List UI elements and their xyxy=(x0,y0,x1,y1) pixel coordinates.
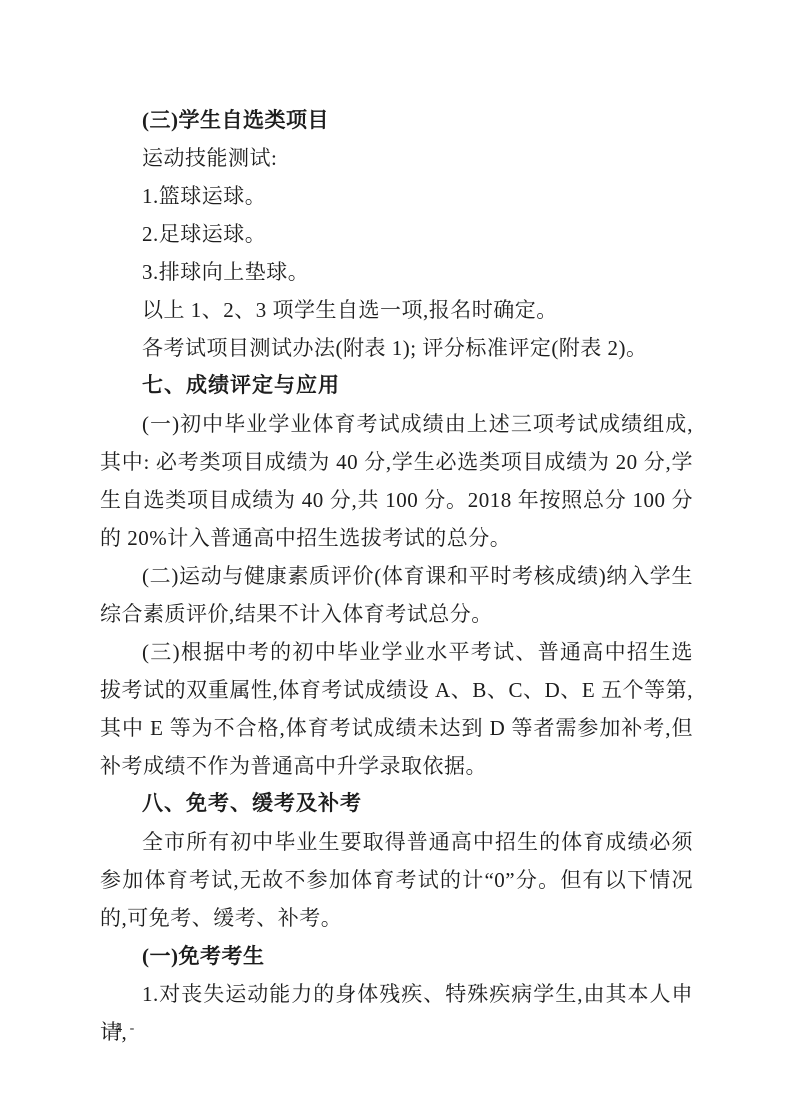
paragraph-must-participate: 全市所有初中毕业生要取得普通高中招生的体育成绩必须参加体育考试,无故不参加体育考… xyxy=(100,823,693,937)
paragraph-choose-one: 以上 1、2、3 项学生自选一项,报名时确定。 xyxy=(100,291,693,329)
heading-section-8-exemption-deferral-makeup: 八、免考、缓考及补考 xyxy=(100,785,693,823)
paragraph-grade-levels: (三)根据中考的初中毕业学业水平考试、普通高中招生选拔考试的双重属性,体育考试成… xyxy=(100,633,693,785)
page-number: - 4 - xyxy=(103,1019,136,1039)
list-item-basketball: 1.篮球运球。 xyxy=(100,177,693,215)
document-page: (三)学生自选类项目 运动技能测试: 1.篮球运球。 2.足球运球。 3.排球向… xyxy=(0,0,790,1117)
heading-student-optional-items: (三)学生自选类项目 xyxy=(100,101,693,139)
heading-exempt-candidates: (一)免考考生 xyxy=(100,937,693,975)
paragraph-skill-test-label: 运动技能测试: xyxy=(100,139,693,177)
paragraph-health-quality-evaluation: (二)运动与健康素质评价(体育课和平时考核成绩)纳入学生综合素质评价,结果不计入… xyxy=(100,557,693,633)
heading-section-7-score-evaluation: 七、成绩评定与应用 xyxy=(100,367,693,405)
paragraph-score-composition: (一)初中毕业学业体育考试成绩由上述三项考试成绩组成,其中: 必考类项目成绩为 … xyxy=(100,405,693,557)
document-content: (三)学生自选类项目 运动技能测试: 1.篮球运球。 2.足球运球。 3.排球向… xyxy=(100,101,693,1051)
list-item-football: 2.足球运球。 xyxy=(100,215,693,253)
paragraph-appendix-tables: 各考试项目测试办法(附表 1); 评分标准评定(附表 2)。 xyxy=(100,329,693,367)
list-item-volleyball: 3.排球向上垫球。 xyxy=(100,253,693,291)
paragraph-disabled-students-application: 1.对丧失运动能力的身体残疾、特殊疾病学生,由其本人申请, xyxy=(100,975,693,1051)
